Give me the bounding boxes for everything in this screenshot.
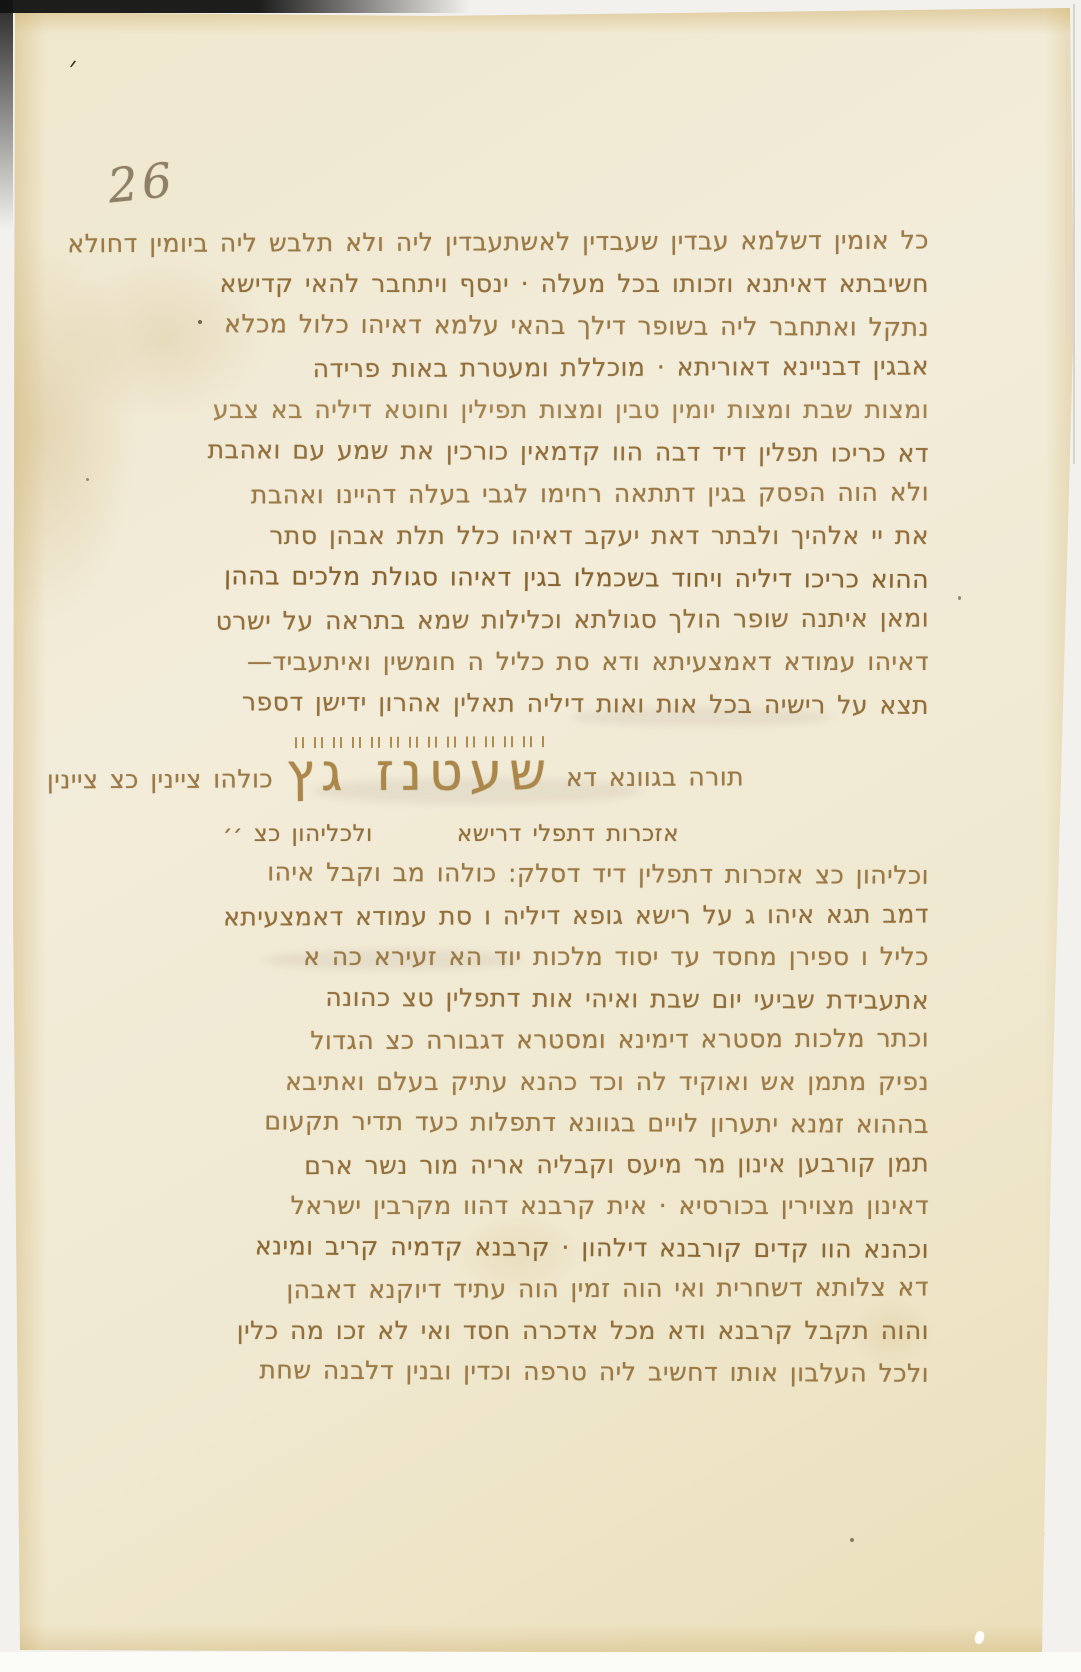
text-line: ההוא כריכו דיליה ויחוד בשכמלו בגין דאיהו… bbox=[223, 556, 929, 602]
line-segment: תצא על רישיה בכל אות ואות דיליה תאלין אה… bbox=[242, 682, 929, 726]
text-line: ומצות שבת ומצות יומין טבין ומצות תפילין … bbox=[223, 390, 929, 432]
scan-shadow-top bbox=[0, 0, 470, 13]
line-segment: כליל ו ספירן מחסד עד יסוד מלכות יוד הא ז… bbox=[303, 937, 929, 977]
adjacent-page-edge bbox=[1066, 40, 1067, 340]
text-line: ולא הוה הפסק בגין דתתאה רחימו לגבי בעלה … bbox=[223, 472, 929, 517]
line-segment: והוה תקבל קרבנא ודא מכל אדכרה חסד ואי לא… bbox=[237, 1311, 929, 1351]
paper-speck bbox=[850, 1538, 854, 1542]
line-segment: ולכליהון כצ ׳׳ bbox=[223, 814, 373, 854]
line-segment: נפיק מתמן אש ואוקיד לה וכד כהנא עתיק בעל… bbox=[285, 1062, 929, 1102]
line-segment: וכתר מלכות מסטרא דימינא ומסטרא דגבורה כצ… bbox=[310, 1018, 929, 1061]
line-segment: את יי אלהיך ולבתר דאת יעקב דאיהו כלל תלת… bbox=[269, 516, 929, 556]
text-line: דא כריכו תפלין דיד דבה הוו קדמאין כורכין… bbox=[223, 430, 929, 476]
line-segment: אבגין דבניינא דאוריתא · מוכללת ומעטרת בא… bbox=[313, 346, 929, 389]
line-segment: ומצות שבת ומצות יומין טבין ומצות תפילין … bbox=[213, 390, 929, 430]
line-segment: תמן קורבען אינון מר מיעס וקבליה אריה מור… bbox=[304, 1143, 929, 1186]
line-segment: חשיבתא דאיתנא וזכותו בכל מעלה · ינסף וית… bbox=[220, 264, 929, 304]
line-segment: ההוא כריכו דיליה ויחוד בשכמלו בגין דאיהו… bbox=[224, 556, 929, 600]
text-line: בההוא זמנא יתערון לויים בגוונא דתפלות כע… bbox=[223, 1101, 929, 1146]
text-line: חשיבתא דאיתנא וזכותו בכל מעלה · ינסף וית… bbox=[223, 264, 929, 306]
paper-flaw-spot bbox=[974, 1630, 986, 1645]
text-line: אתעבידת שביעי יום שבת ואיהי אות דתפלין ט… bbox=[223, 977, 929, 1022]
text-line: דאיהו עמודא דאמצעיתא ודא סת כליל ה חומשי… bbox=[223, 642, 929, 684]
text-line: דאינון מצוירין בכורסיא · אית קרבנא דהוו … bbox=[223, 1186, 929, 1228]
text-line: וכהנא הוו קדים קורבנא דילהון · קרבנא קדמ… bbox=[223, 1226, 929, 1271]
text-line: ולכל העלבון אותו דחשיב ליה טרפה וכדין וב… bbox=[223, 1350, 929, 1395]
line-segment: נתקל ואתחבר ליה בשופר דילך בהאי עלמא דאי… bbox=[224, 304, 929, 348]
scan-margin-bottom bbox=[0, 1652, 1081, 1672]
text-line: את יי אלהיך ולבתר דאת יעקב דאיהו כלל תלת… bbox=[223, 516, 929, 558]
line-segment: כולהו ציינין כצ ציינין bbox=[47, 759, 273, 800]
text-line: כליל ו ספירן מחסד עד יסוד מלכות יוד הא ז… bbox=[223, 937, 929, 979]
text-line: אזכרות דתפלי דרישאולכליהון כצ ׳׳ bbox=[223, 814, 929, 854]
line-segment: דא כריכו תפלין דיד דבה הוו קדמאין כורכין… bbox=[208, 430, 930, 474]
line-segment: ולכל העלבון אותו דחשיב ליה טרפה וכדין וב… bbox=[259, 1350, 929, 1394]
text-line: ומאן איתנה שופר הולך סגולתא וכלילות שמא … bbox=[223, 598, 929, 643]
text-line: תמן קורבען אינון מר מיעס וקבליה אריה מור… bbox=[223, 1143, 929, 1188]
text-line: וכתר מלכות מסטרא דימינא ומסטרא דגבורה כצ… bbox=[223, 1018, 929, 1063]
text-block: כל אומין דשלמא עבדין שעבדין לאשתעבדין לי… bbox=[223, 222, 929, 1394]
text-line: נפיק מתמן אש ואוקיד לה וכד כהנא עתיק בעל… bbox=[223, 1062, 929, 1104]
scan-shadow-left bbox=[0, 0, 13, 230]
line-segment: אתעבידת שביעי יום שבת ואיהי אות דתפלין ט… bbox=[325, 977, 929, 1020]
paper-speck bbox=[1044, 1532, 1047, 1535]
text-line: תצא על רישיה בכל אות ואות דיליה תאלין אה… bbox=[223, 682, 929, 728]
text-line: דא צלותא דשחרית ואי הוה זמין הוה עתיד די… bbox=[223, 1267, 929, 1312]
line-segment: ולא הוה הפסק בגין דתתאה רחימו לגבי בעלה … bbox=[251, 472, 929, 515]
text-line: אבגין דבניינא דאוריתא · מוכללת ומעטרת בא… bbox=[223, 346, 929, 391]
text-line: והוה תקבל קרבנא ודא מכל אדכרה חסד ואי לא… bbox=[223, 1311, 929, 1353]
folio-number: 26 bbox=[105, 153, 178, 215]
line-segment: דאיהו עמודא דאמצעיתא ודא סת כליל ה חומשי… bbox=[247, 642, 929, 682]
paper-speck bbox=[86, 478, 89, 481]
text-line: כל אומין דשלמא עבדין שעבדין לאשתעבדין לי… bbox=[223, 220, 929, 265]
text-line: נתקל ואתחבר ליה בשופר דילך בהאי עלמא דאי… bbox=[223, 304, 929, 350]
tagin-letters-shaatnez-getz: שעטנז גץ bbox=[286, 734, 553, 799]
line-segment: דא צלותא דשחרית ואי הוה זמין הוה עתיד די… bbox=[286, 1267, 929, 1310]
line-segment: כל אומין דשלמא עבדין שעבדין לאשתעבדין לי… bbox=[67, 220, 929, 264]
manuscript-page: ׳ 26 כל אומין דשלמא עבדין שעבדין לאשתעבד… bbox=[12, 8, 1074, 1654]
corner-ink-mark: ׳ bbox=[66, 50, 79, 86]
line-segment: בההוא זמנא יתערון לויים בגוונא דתפלות כע… bbox=[264, 1101, 929, 1144]
line-segment: דמב תגא איהו ג על רישא גופא דיליה ו סת ע… bbox=[223, 894, 929, 937]
line-segment: דאינון מצוירין בכורסיא · אית קרבנא דהוו … bbox=[291, 1186, 929, 1226]
text-line: תורה בגוונא דאשעטנז גץכולהו ציינין כצ צי… bbox=[223, 724, 929, 799]
line-segment: אזכרות דתפלי דרישא bbox=[457, 814, 679, 854]
text-line: דמב תגא איהו ג על רישא גופא דיליה ו סת ע… bbox=[223, 894, 929, 939]
paper-speck bbox=[958, 596, 961, 600]
paper-speck bbox=[198, 320, 202, 324]
line-segment: וכליהון כצ אזכרות דתפלין דיד דסלק: כולהו… bbox=[267, 852, 929, 895]
line-segment: תורה בגוונא דא bbox=[566, 757, 744, 798]
text-line: וכליהון כצ אזכרות דתפלין דיד דסלק: כולהו… bbox=[223, 852, 929, 897]
line-segment: ומאן איתנה שופר הולך סגולתא וכלילות שמא … bbox=[216, 598, 930, 641]
adjacent-page-edge bbox=[1073, 4, 1075, 464]
line-segment: וכהנא הוו קדים קורבנא דילהון · קרבנא קדמ… bbox=[255, 1226, 929, 1270]
